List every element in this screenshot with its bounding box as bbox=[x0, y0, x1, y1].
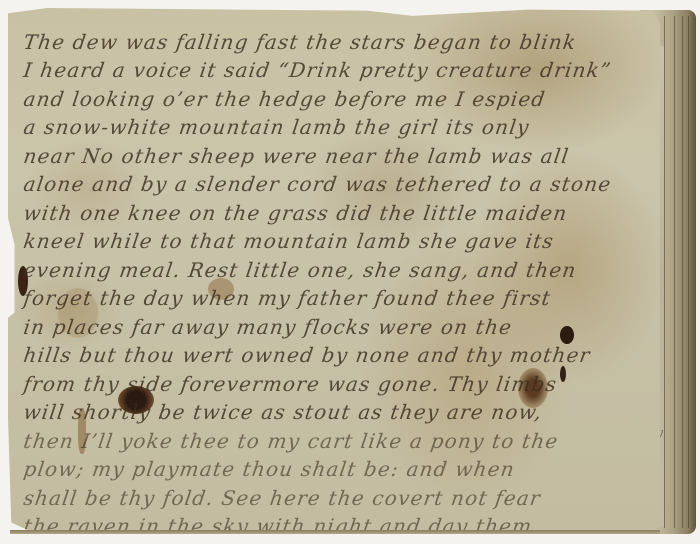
manuscript-line: forget the day when my father found thee… bbox=[22, 286, 553, 310]
manuscript-line: The dew was falling fast the stars began… bbox=[22, 30, 578, 54]
manuscript-line: near No other sheep were near the lamb w… bbox=[22, 144, 571, 168]
manuscript-line: kneel while to that mountain lamb she ga… bbox=[22, 229, 556, 253]
manuscript-line: the raven in the sky with night and day … bbox=[22, 514, 534, 538]
manuscript-line: then I’ll yoke thee to my cart like a po… bbox=[22, 429, 560, 453]
manuscript-page: The dew was falling fast the stars began… bbox=[8, 8, 660, 533]
page-bottom-edge bbox=[10, 530, 660, 534]
manuscript-line: alone and by a slender cord was tethered… bbox=[22, 172, 613, 196]
ink-blot bbox=[560, 326, 574, 344]
manuscript-line: in places far away many flocks were on t… bbox=[22, 315, 514, 339]
manuscript-line: plow; my playmate thou shalt be: and whe… bbox=[22, 457, 517, 481]
ink-blot bbox=[560, 366, 566, 382]
manuscript-line: and looking o’er the hedge before me I e… bbox=[22, 87, 547, 111]
manuscript-line: with one knee on the grass did the littl… bbox=[22, 201, 569, 225]
manuscript-line: evening meal. Rest little one, she sang,… bbox=[22, 258, 578, 282]
manuscript-line: will shortly be twice as stout as they a… bbox=[22, 400, 544, 424]
manuscript-line: a snow-white mountain lamb the girl its … bbox=[22, 115, 531, 139]
manuscript-line: shall be thy fold. See here the covert n… bbox=[22, 486, 543, 510]
manuscript-scan: ll up m thy ss u The dew was falling fas… bbox=[0, 0, 700, 544]
manuscript-line: hills but thou wert owned by none and th… bbox=[22, 343, 592, 367]
manuscript-line: I heard a voice it said “Drink pretty cr… bbox=[22, 58, 613, 82]
manuscript-line: from thy side forevermore was gone. Thy … bbox=[22, 372, 559, 396]
